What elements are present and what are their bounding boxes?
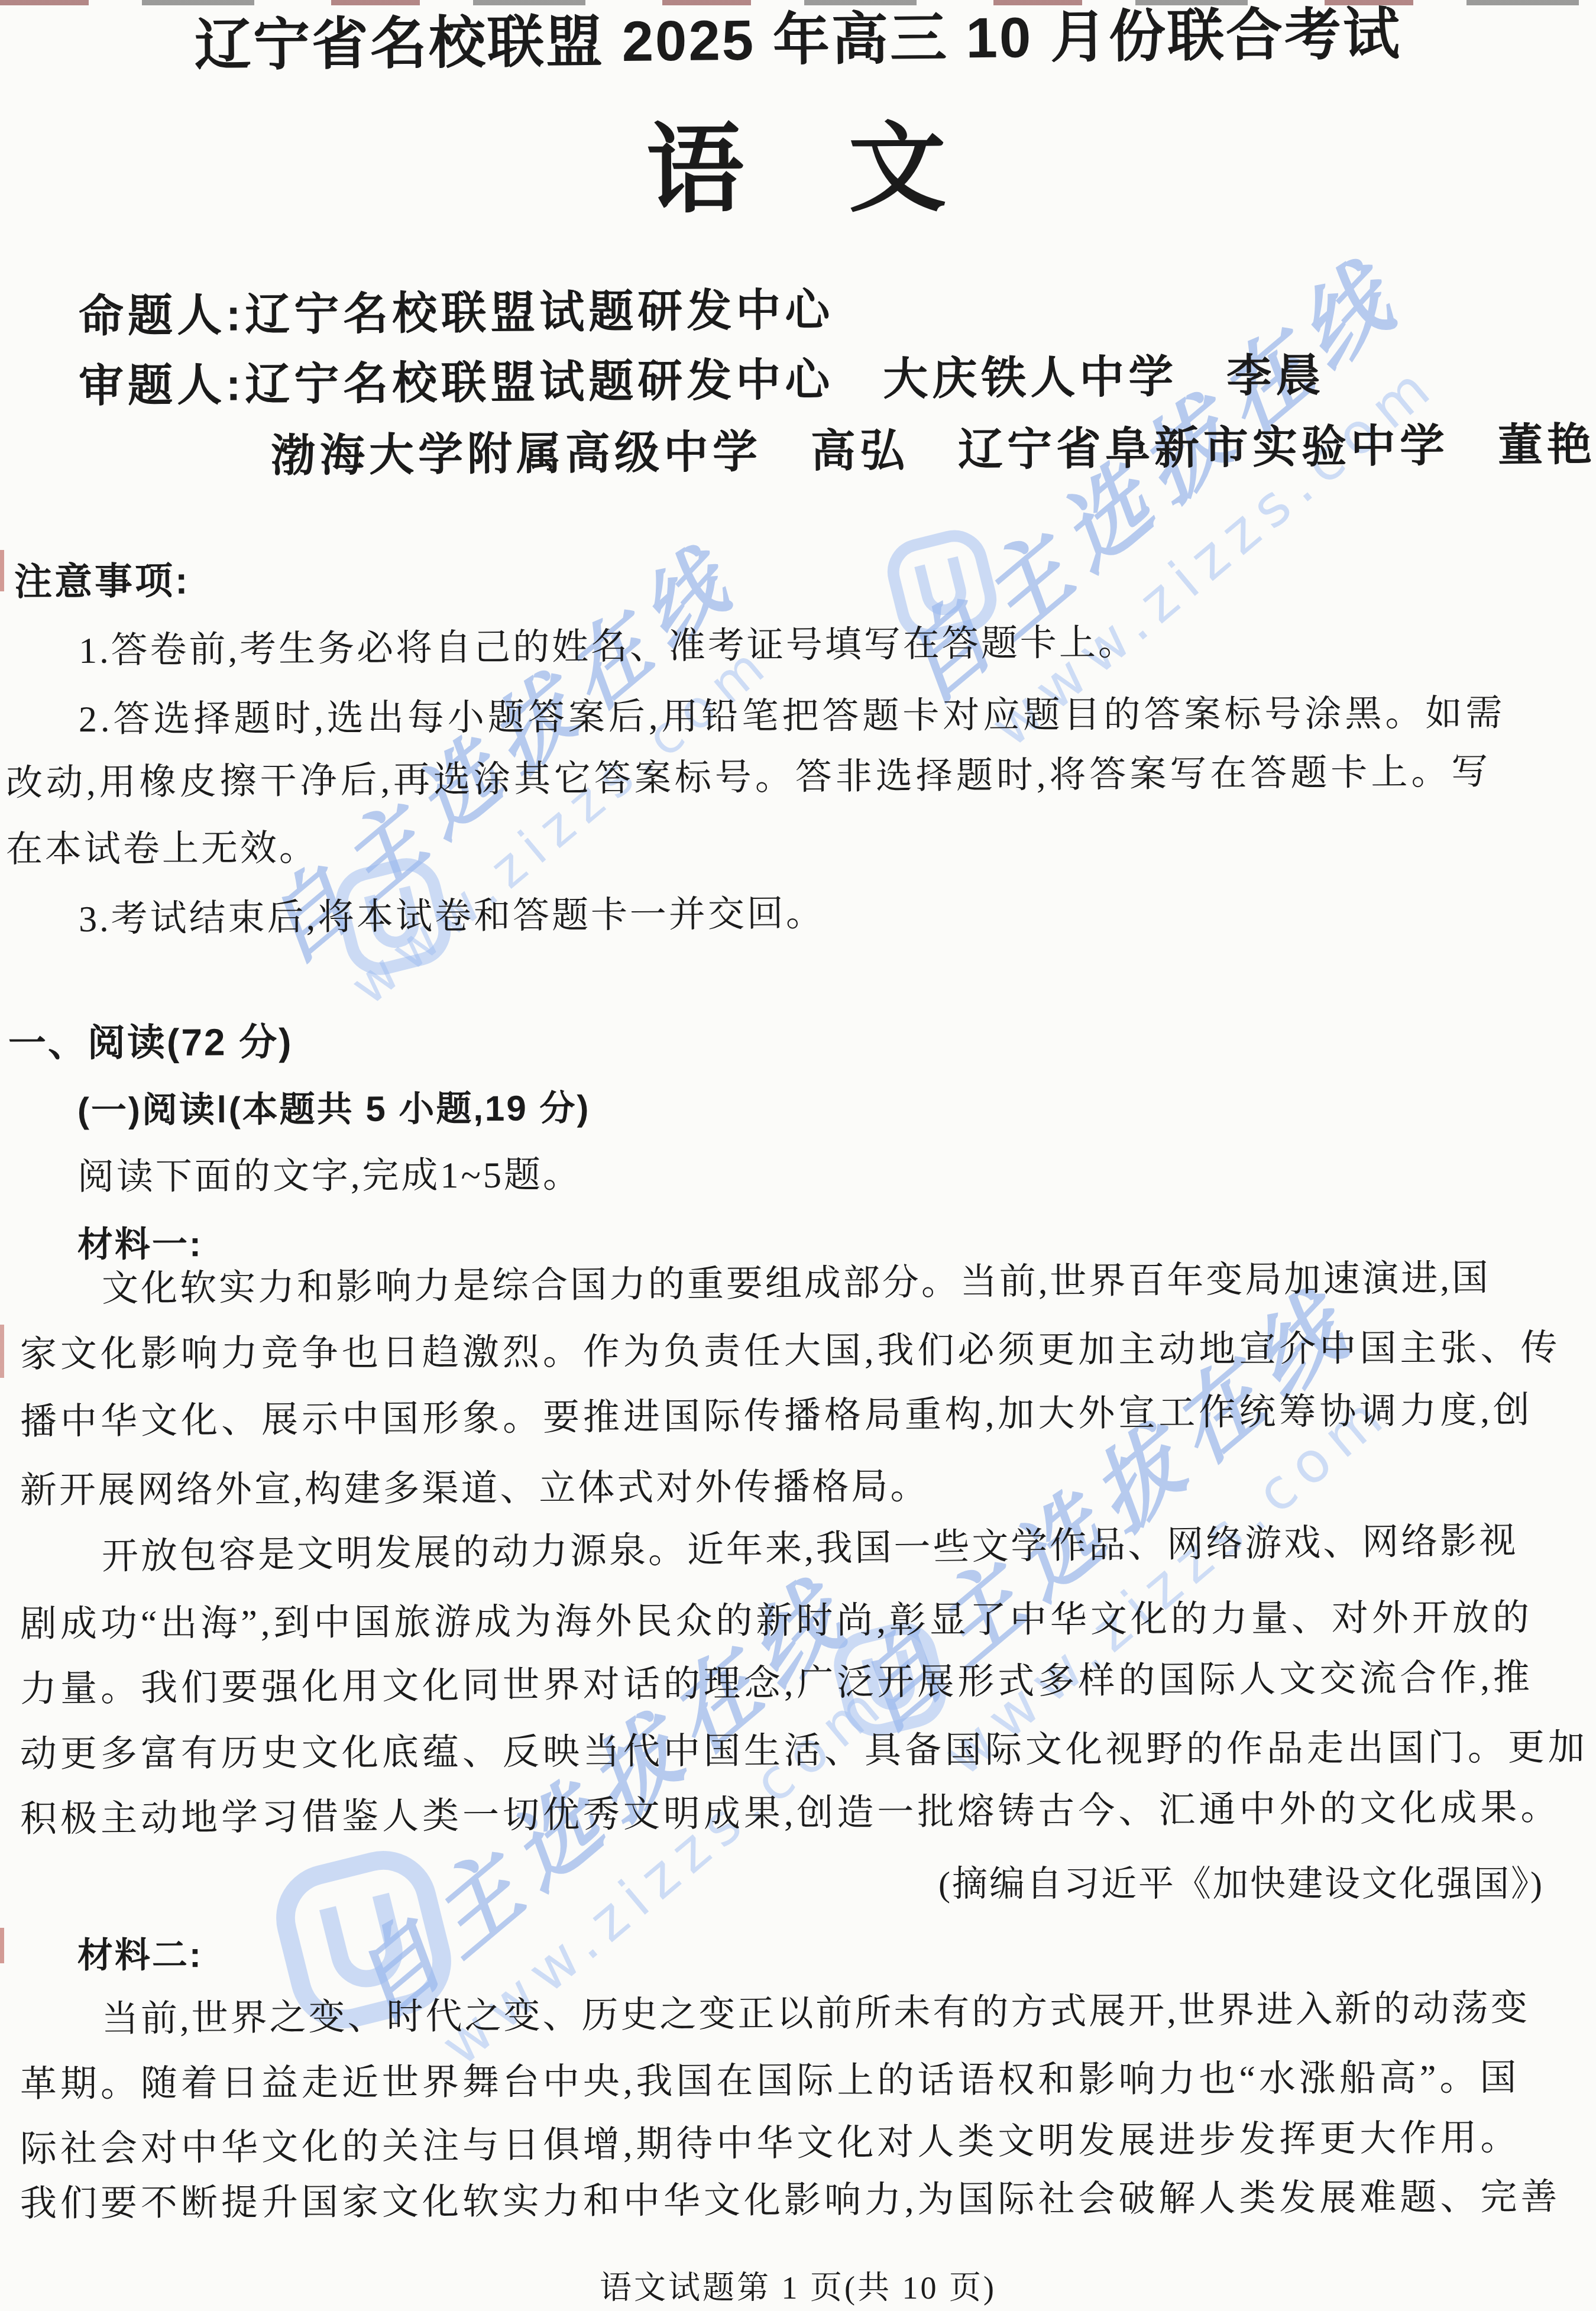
material-1-line: 力量。我们要强化用文化同世界对话的理念,广泛开展形式多样的国际人文交流合作,推 <box>20 1657 1533 1711</box>
material-1-line: 开放包容是文明发展的动力源泉。近年来,我国一些文学作品、网络游戏、网络影视 <box>102 1520 1519 1578</box>
reviewer-line: 审题人:辽宁名校联盟试题研发中心 大庆铁人中学 李晨 <box>79 350 1325 413</box>
notice-item-2-line-2: 改动,用橡皮擦干净后,再选涂其它答案标号。答非选择题时,将答案写在答题卡上。写 <box>6 751 1492 805</box>
reviewer-line-2: 渤海大学附属高级中学 高弘 辽宁省阜新市实验中学 董艳 <box>271 419 1596 482</box>
notice-item-2-line-3: 在本试卷上无效。 <box>6 828 318 872</box>
material-2-label: 材料二: <box>77 1934 203 1976</box>
reading-instruction: 阅读下面的文字,完成1~5题。 <box>77 1154 582 1199</box>
material-1-label: 材料一: <box>77 1224 203 1265</box>
notice-item-3: 3.考试结束后,将本试卷和答题卡一并交回。 <box>79 893 825 941</box>
notice-item-1: 1.答卷前,考生务必将自己的姓名、准考证号填写在答题卡上。 <box>79 622 1138 672</box>
subsection-heading-reading-1: (一)阅读Ⅰ(本题共 5 小题,19 分) <box>77 1087 591 1131</box>
material-1-line: 家文化影响力竞争也日趋激烈。作为负责任大国,我们必须更加主动地宣介中国主张、传 <box>20 1328 1561 1377</box>
material-2-line: 革期。随着日益走近世界舞台中央,我国在国际上的话语权和影响力也“水涨船高”。国 <box>20 2057 1520 2106</box>
section-heading-reading: 一、阅读(72 分) <box>8 1021 293 1066</box>
material-2-line: 当前,世界之变、时代之变、历史之变正以前所未有的方式展开,世界进入新的动荡变 <box>102 1988 1530 2041</box>
material-1-source: (摘编自习近平《加快建设文化强国》) <box>0 1864 1544 1905</box>
material-1-line: 剧成功“出海”,到中国旅游成为海外民众的新时尚,彰显了中华文化的力量、对外开放的 <box>20 1597 1533 1646</box>
watermark-url-text: www.zizzs.com <box>316 611 807 1036</box>
scan-artifact-top-edge <box>0 0 1596 5</box>
material-1-line: 动更多富有历史文化底蕴、反映当代中国生活、具备国际文化视野的作品走出国门。更加 <box>20 1727 1588 1776</box>
material-1-line: 积极主动地学习借鉴人类一切优秀文明成果,创造一批熔铸古今、汇通中外的文化成果。 <box>20 1787 1561 1841</box>
material-2-line: 际社会对中华文化的关注与日俱增,期待中华文化对人类文明发展进步发挥更大作用。 <box>20 2117 1521 2171</box>
material-1-line: 新开展网络外宣,构建多渠道、立体式对外传播格局。 <box>20 1466 930 1512</box>
exam-subject-title: 语 文 <box>0 109 1596 231</box>
material-2-line: 我们要不断提升国家文化软实力和中华文化影响力,为国际社会破解人类发展难题、完善 <box>20 2177 1561 2226</box>
notice-item-2-line-1: 2.答选择题时,选出每小题答案后,用铅笔把答题卡对应题目的答案标号涂黑。如需 <box>79 692 1506 741</box>
scan-artifact-left-edge <box>0 0 4 2311</box>
notice-heading: 注意事项: <box>14 559 190 604</box>
material-1-line: 播中华文化、展示中国形象。要推进国际传播格局重构,加大外宣工作统筹协调力度,创 <box>20 1390 1533 1443</box>
material-1-line: 文化软实力和影响力是综合国力的重要组成部分。当前,世界百年变局加速演进,国 <box>102 1258 1491 1311</box>
exam-title: 辽宁省名校联盟 2025 年高三 10 月份联合考试 <box>0 0 1596 80</box>
page-number-footer: 语文试题第 1 页(共 10 页) <box>0 2270 1596 2306</box>
setter-line: 命题人:辽宁名校联盟试题研发中心 <box>79 284 834 343</box>
exam-paper-page: 自主选拔在线 www.zizzs.com 自主选拔在线 www.zizzs.co… <box>0 0 1596 2311</box>
